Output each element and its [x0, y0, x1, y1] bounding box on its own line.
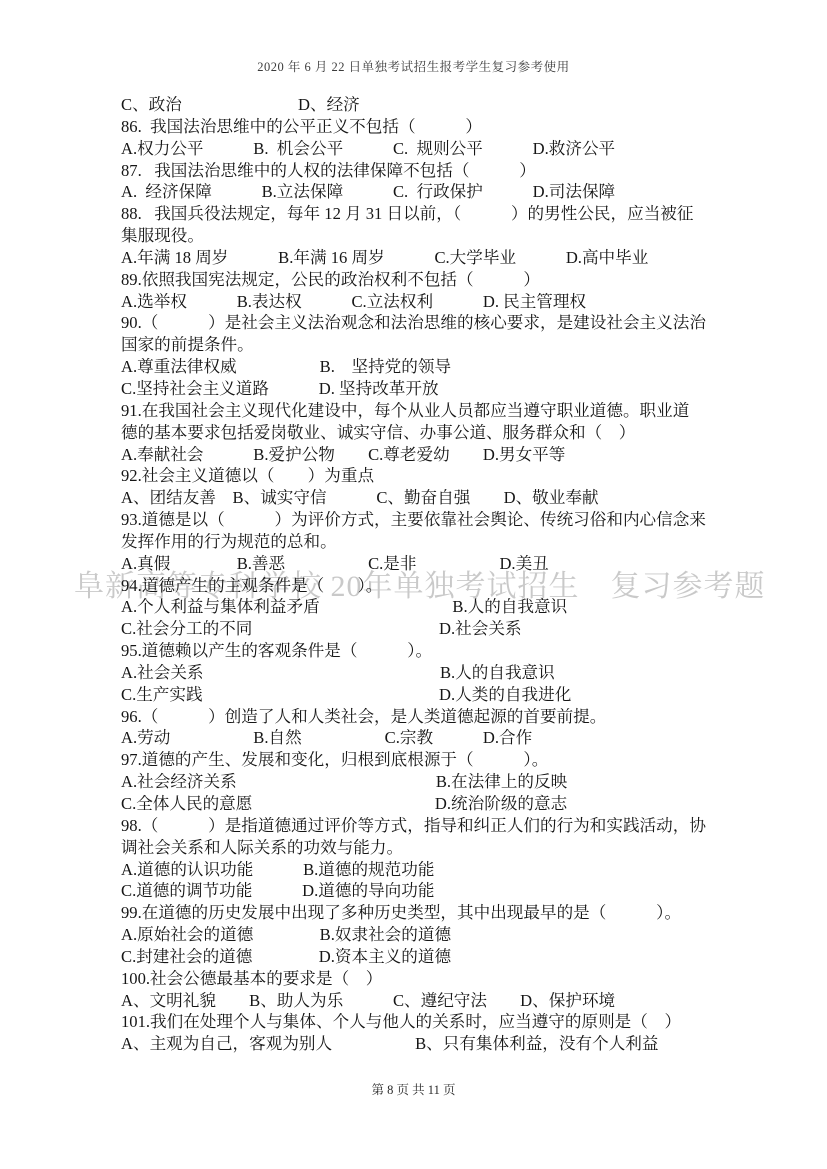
text-line: A. 经济保障 B.立法保障 C. 行政保护 D.司法保障 — [121, 181, 706, 203]
text-line: 100.社会公德最基本的要求是（ ） — [121, 968, 706, 990]
text-line: 90.（ ）是社会主义法治观念和法治思维的核心要求，是建设社会主义法治 — [121, 312, 706, 334]
text-line: C.坚持社会主义道路 D. 坚持改革开放 — [121, 378, 706, 400]
text-line: C.封建社会的道德 D.资本主义的道德 — [121, 946, 706, 968]
text-line: A.道德的认识功能 B.道德的规范功能 — [121, 859, 706, 881]
text-line: A、团结友善 B、诚实守信 C、勤奋自强 D、敬业奉献 — [121, 487, 706, 509]
text-line: 国家的前提条件。 — [121, 334, 706, 356]
text-line: C.社会分工的不同 D.社会关系 — [121, 618, 706, 640]
text-line: 97.道德的产生、发展和变化，归根到底根源于（ ）。 — [121, 749, 706, 771]
text-line: 95.道德赖以产生的客观条件是（ ）。 — [121, 640, 706, 662]
text-line: A.个人利益与集体利益矛盾 B.人的自我意识 — [121, 596, 706, 618]
text-line: A.选举权 B.表达权 C.立法权利 D. 民主管理权 — [121, 291, 706, 313]
text-line: 集服现役。 — [121, 225, 706, 247]
text-line: C、政治 D、经济 — [121, 94, 706, 116]
text-line: 86. 我国法治思维中的公平正义不包括（ ） — [121, 116, 706, 138]
text-line: 调社会关系和人际关系的功效与能力。 — [121, 837, 706, 859]
text-line: A.权力公平 B. 机会公平 C. 规则公平 D.救济公平 — [121, 138, 706, 160]
text-line: A.奉献社会 B.爱护公物 C.尊老爱幼 D.男女平等 — [121, 444, 706, 466]
text-line: A.社会关系 B.人的自我意识 — [121, 662, 706, 684]
text-line: 91.在我国社会主义现代化建设中，每个从业人员都应当遵守职业道德。职业道 — [121, 400, 706, 422]
text-line: 德的基本要求包括爱岗敬业、诚实守信、办事公道、服务群众和（ ） — [121, 422, 706, 444]
text-line: 87. 我国法治思维中的人权的法律保障不包括（ ） — [121, 160, 706, 182]
text-line: 98.（ ）是指道德通过评价等方式，指导和纠正人们的行为和实践活动，协 — [121, 815, 706, 837]
text-line: A.社会经济关系 B.在法律上的反映 — [121, 771, 706, 793]
text-line: A.真假 B.善恶 C.是非 D.美丑 — [121, 553, 706, 575]
text-line: A.年满 18 周岁 B.年满 16 周岁 C.大学毕业 D.高中毕业 — [121, 247, 706, 269]
page-number-footer: 第 8 页 共 11 页 — [0, 1080, 827, 1098]
text-line: 94.道德产生的主观条件是（ ）。 — [121, 575, 706, 597]
text-line: 99.在道德的历史发展中出现了多种历史类型，其中出现最早的是（ ）。 — [121, 902, 706, 924]
text-line: C.道德的调节功能 D.道德的导向功能 — [121, 880, 706, 902]
text-line: 101.我们在处理个人与集体、个人与他人的关系时，应当遵守的原则是（ ） — [121, 1011, 706, 1033]
text-line: A、主观为自己，客观为别人 B、只有集体利益，没有个人利益 — [121, 1033, 706, 1055]
text-line: A.原始社会的道德 B.奴隶社会的道德 — [121, 924, 706, 946]
exam-question-lines: C、政治 D、经济86. 我国法治思维中的公平正义不包括（ ）A.权力公平 B.… — [121, 94, 706, 1055]
text-line: 发挥作用的行为规范的总和。 — [121, 531, 706, 553]
text-line: 96.（ ）创造了人和人类社会，是人类道德起源的首要前提。 — [121, 706, 706, 728]
text-line: 88. 我国兵役法规定，每年 12 月 31 日以前，（ ）的男性公民，应当被征 — [121, 203, 706, 225]
text-line: A、文明礼貌 B、助人为乐 C、遵纪守法 D、保护环境 — [121, 990, 706, 1012]
text-line: C.全体人民的意愿 D.统治阶级的意志 — [121, 793, 706, 815]
text-line: A.尊重法律权威 B. 坚持党的领导 — [121, 356, 706, 378]
text-line: A.劳动 B.自然 C.宗教 D.合作 — [121, 727, 706, 749]
document-page: 2020 年 6 月 22 日单独考试招生报考学生复习参考使用 阜新高等专科学校… — [0, 0, 827, 1169]
text-line: 89.依照我国宪法规定，公民的政治权利不包括（ ） — [121, 269, 706, 291]
text-line: 93.道德是以（ ）为评价方式，主要依靠社会舆论、传统习俗和内心信念来 — [121, 509, 706, 531]
text-line: 92.社会主义道德以（ ）为重点 — [121, 465, 706, 487]
text-line: C.生产实践 D.人类的自我进化 — [121, 684, 706, 706]
document-header: 2020 年 6 月 22 日单独考试招生报考学生复习参考使用 — [0, 57, 827, 75]
